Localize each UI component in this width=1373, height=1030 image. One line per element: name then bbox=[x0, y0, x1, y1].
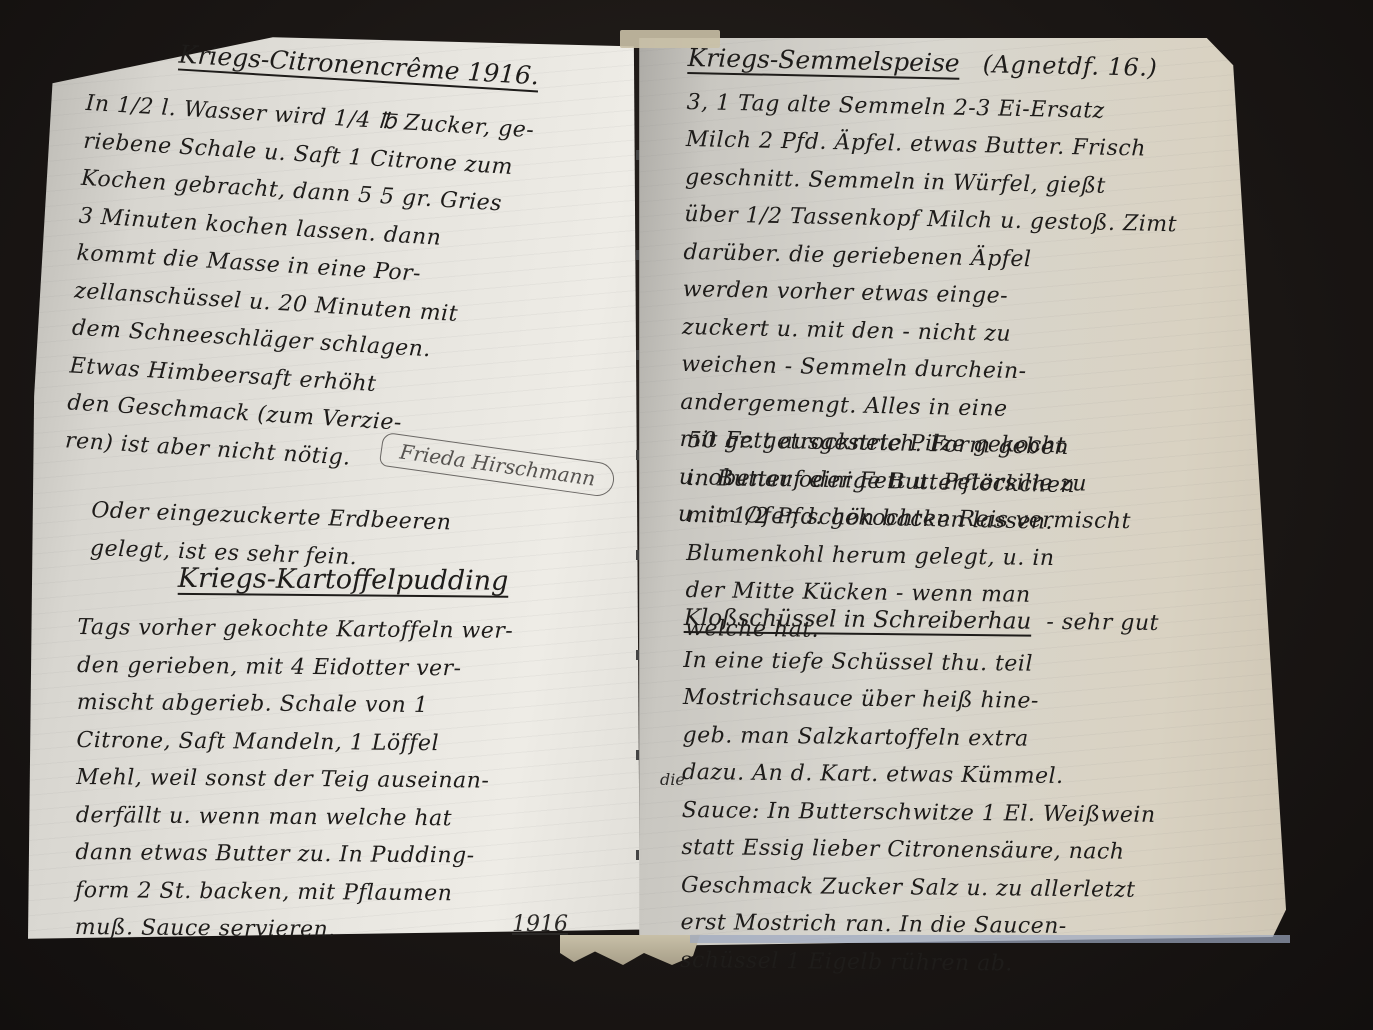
sauce-line: erst Mostrich ran. In die Saucen- bbox=[680, 904, 1260, 948]
sauce-line: schüssel 1 Eigelb rühren ab. bbox=[680, 941, 1260, 985]
recipe-line: dann etwas Butter zu. In Pudding- bbox=[75, 834, 635, 876]
left-recipe-1: Kriegs-Citronencrême 1916. In 1/2 l. Was… bbox=[64, 34, 629, 492]
recipe-line: form 2 St. backen, mit Pflaumen bbox=[75, 871, 635, 913]
recipe-line: Mostrichsauce über heiß hine- bbox=[683, 679, 1263, 723]
recipe-line: Tags vorher gekochte Kartoffeln wer- bbox=[77, 609, 637, 651]
margin-note: die bbox=[660, 770, 685, 789]
recipe-line: In eine tiefe Schüssel thu. teil bbox=[683, 641, 1263, 685]
recipe-line: geb. man Salzkartoffeln extra bbox=[682, 716, 1262, 760]
recipe-title: Kriegs-Semmelspeise bbox=[687, 43, 960, 78]
right-recipe-3: Kloßschüssel in Schreiberhau - sehr gut … bbox=[680, 600, 1264, 985]
recipe-title-suffix: - sehr gut bbox=[1046, 610, 1159, 636]
sauce-line: Geschmack Zucker Salz u. zu allerletzt bbox=[681, 866, 1261, 910]
sauce-line: statt Essig lieber Citronensäure, nach bbox=[681, 829, 1261, 873]
year-label: 1916 bbox=[512, 912, 568, 937]
sauce-line: Sauce: In Butterschwitze 1 El. Weißwein bbox=[682, 791, 1262, 835]
recipe-line: derfällt u. wenn man welche hat bbox=[76, 796, 636, 838]
recipe-title: Kriegs-Kartoffelpudding bbox=[178, 563, 638, 598]
recipe-line: Mehl, weil sonst der Teig auseinan- bbox=[76, 759, 636, 801]
left-recipe-2: Kriegs-Kartoffelpudding Tags vorher geko… bbox=[75, 562, 638, 951]
recipe-line: den gerieben, mit 4 Eidotter ver- bbox=[77, 646, 637, 688]
recipe-source-note: (Agnetdf. 16.) bbox=[982, 50, 1157, 82]
recipe-line: Citrone, Saft Mandeln, 1 Löffel bbox=[76, 721, 636, 763]
recipe-line: mischt abgerieb. Schale von 1 bbox=[77, 684, 637, 726]
spine-stitching bbox=[636, 60, 639, 940]
recipe-line: dazu. An d. Kart. etwas Kümmel. bbox=[682, 754, 1262, 798]
recipe-title: Kloßschüssel in Schreiberhau bbox=[684, 605, 1032, 635]
